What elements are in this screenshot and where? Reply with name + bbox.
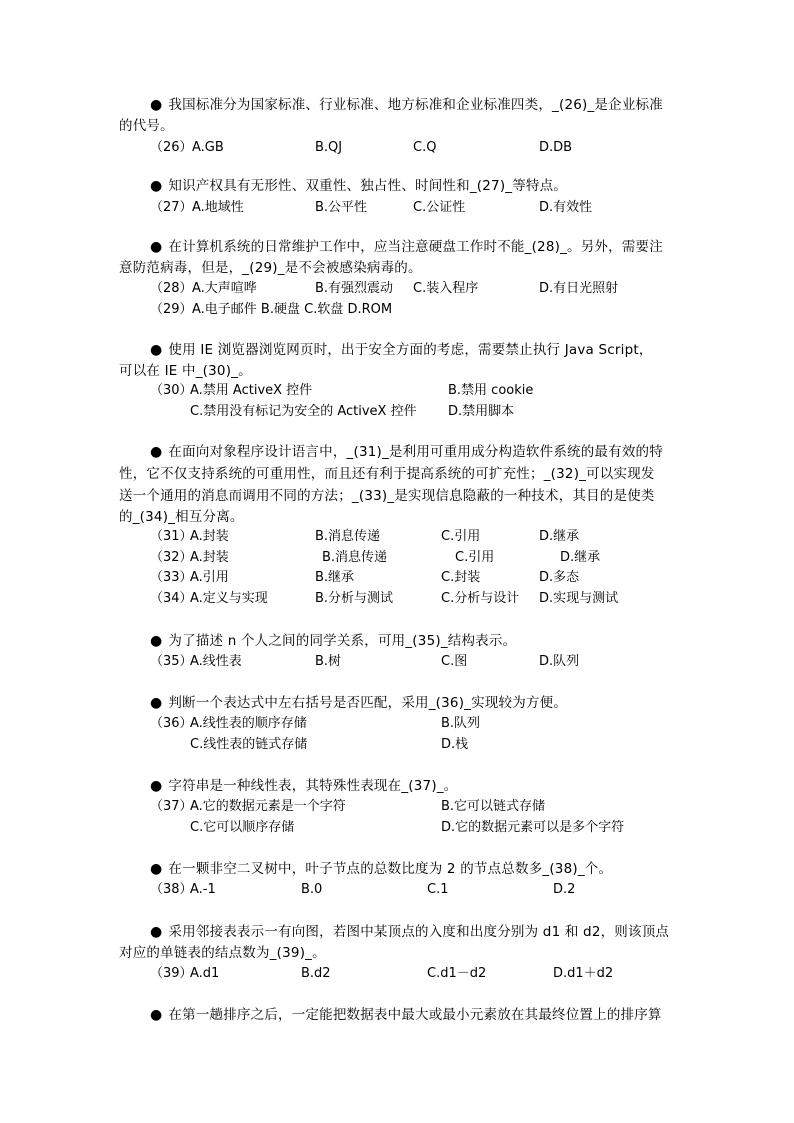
option-a: A.定义与实现 [190,590,268,608]
option-a: A.线性表 [190,653,242,671]
option-d: D.d1＋d2 [553,965,613,983]
option-c: C.分析与设计 [441,590,519,608]
question-stem: ●知识产权具有无形性、双重性、独占性、时间性和_(27)_等特点。 [150,177,567,195]
option-label: （32） [150,549,193,567]
bullet-icon: ● [150,239,162,255]
option-label: （38） [150,881,193,899]
bullet-icon: ● [150,924,162,940]
bullet-icon: ● [150,861,162,877]
option-c: C.装入程序 [413,280,478,298]
option-b: B.QJ [315,139,342,157]
option-c: C.封装 [441,569,480,587]
question-stem: ●判断一个表达式中左右括号是否匹配，采用_(36)_实现较为方便。 [150,694,567,712]
option-c: C.d1－d2 [427,965,486,983]
question-stem: ●使用 IE 浏览器浏览网页时，出于安全方面的考虑，需要禁止执行 Java Sc… [150,341,653,359]
stem-line: 的代号。 [119,117,174,135]
option-c: C.禁用没有标记为安全的 ActiveX 控件 [190,403,417,421]
stem-line: 为了描述 n 个人之间的同学关系，可用_(35)_结构表示。 [168,633,516,649]
option-d: D.它的数据元素可以是多个字符 [441,819,624,837]
option-c: C.1 [427,881,448,899]
question-stem: ●为了描述 n 个人之间的同学关系，可用_(35)_结构表示。 [150,632,516,650]
bullet-icon: ● [150,633,162,649]
option-a: A.封装 [190,549,229,567]
option-b: B.有强烈震动 [315,280,393,298]
question-stem: ●在计算机系统的日常维护工作中，应当注意硬盘工作时不能_(28)_。另外，需要注 [150,238,663,256]
option-c: C.公证性 [413,199,465,217]
question-stem: ●在面向对象程序设计语言中，_(31)_是利用可重用成分构造软件系统的最有效的特 [150,443,663,461]
option-a: A.GB [192,139,224,157]
option-d: D.实现与测试 [539,590,618,608]
question-stem: ●在第一趟排序之后，一定能把数据表中最大或最小元素放在其最终位置上的排序算 [150,1006,662,1024]
option-a: A.大声喧哗 [192,280,257,298]
stem-line: 在计算机系统的日常维护工作中，应当注意硬盘工作时不能_(28)_。另外，需要注 [168,239,663,255]
option-d: D.2 [553,881,575,899]
option-label: （27） [150,199,193,217]
option-b: B.0 [301,881,322,899]
option-a: A.引用 [190,569,229,587]
option-b: B.公平性 [315,199,367,217]
option-d: D.继承 [539,528,579,546]
option-c: C.引用 [455,549,494,567]
stem-line: 送一个通用的消息而调用不同的方法；_(33)_是实现信息隐蔽的一种技术，其目的是… [119,487,655,505]
option-label: （30） [150,382,193,400]
document-page: ●我国标准分为国家标准、行业标准、地方标准和企业标准四类，_(26)_是企业标准… [0,0,794,1123]
option-label: （39） [150,965,193,983]
option-c: C.线性表的链式存储 [190,736,307,754]
option-a: A.d1 [190,965,219,983]
bullet-icon: ● [150,1007,162,1023]
option-c: C.它可以顺序存储 [190,819,294,837]
option-d: D.DB [539,139,572,157]
bullet-icon: ● [150,97,162,113]
option-b: B.它可以链式存储 [441,798,545,816]
option-b: B.禁用 cookie [448,382,533,400]
question-stem: ●我国标准分为国家标准、行业标准、地方标准和企业标准四类，_(26)_是企业标准 [150,96,663,114]
option-a: A.线性表的顺序存储 [190,715,307,733]
stem-line: 性，它不仅支持系统的可重用性，而且还有利于提高系统的可扩充性；_(32)_可以实… [119,465,655,483]
option-label: （33） [150,569,193,587]
option-b: B.树 [315,653,341,671]
option-label: （31） [150,528,193,546]
option-a: A.禁用 ActiveX 控件 [190,382,312,400]
option-d: D.有日光照射 [539,280,618,298]
option-c: C.Q [413,139,436,157]
option-c: C.引用 [441,528,480,546]
stem-line: 在第一趟排序之后，一定能把数据表中最大或最小元素放在其最终位置上的排序算 [168,1007,661,1023]
stem-line: 对应的单链表的结点数为_(39)_。 [119,944,326,962]
question-stem: ●采用邻接表表示一有向图，若图中某顶点的入度和出度分别为 d1 和 d2，则该顶… [150,923,669,941]
option-d: D.有效性 [539,199,592,217]
option-label: （35） [150,653,193,671]
stem-line: 知识产权具有无形性、双重性、独占性、时间性和_(27)_等特点。 [168,178,567,194]
stem-line: 采用邻接表表示一有向图，若图中某顶点的入度和出度分别为 d1 和 d2，则该顶点 [168,924,669,940]
stem-line: 在一颗非空二叉树中，叶子节点的总数比度为 2 的节点总数多_(38)_个。 [168,861,612,877]
option-label: （37） [150,798,193,816]
stem-line: 可以在 IE 中_(30)_。 [119,362,252,380]
bullet-icon: ● [150,444,162,460]
question-stem: ●在一颗非空二叉树中，叶子节点的总数比度为 2 的节点总数多_(38)_个。 [150,860,612,878]
option-label: （36） [150,715,193,733]
option-d: D.多态 [539,569,579,587]
stem-line: 字符串是一种线性表，其特殊性表现在_(37)_。 [168,778,457,794]
option-label: （34） [150,590,193,608]
option-label: （28） [150,280,193,298]
bullet-icon: ● [150,778,162,794]
option-inline: A.电子邮件 B.硬盘 C.软盘 D.ROM [192,301,392,319]
option-d: D.栈 [441,736,468,754]
option-label: （26） [150,139,193,157]
bullet-icon: ● [150,342,162,358]
option-a: A.它的数据元素是一个字符 [190,798,346,816]
option-b: B.消息传递 [322,549,387,567]
stem-line: 的_(34)_相互分离。 [119,508,244,526]
option-b: B.d2 [301,965,331,983]
option-a: A.地域性 [192,199,244,217]
option-label: （29） [150,301,193,319]
option-c: C.图 [441,653,467,671]
option-d: D.队列 [539,653,579,671]
option-b: B.队列 [441,715,480,733]
option-b: B.分析与测试 [315,590,393,608]
bullet-icon: ● [150,178,162,194]
stem-line: 使用 IE 浏览器浏览网页时，出于安全方面的考虑，需要禁止执行 Java Scr… [168,342,652,358]
option-d: D.禁用脚本 [448,403,514,421]
option-d: D.继承 [560,549,600,567]
stem-line: 判断一个表达式中左右括号是否匹配，采用_(36)_实现较为方便。 [168,695,567,711]
option-a: A.封装 [190,528,229,546]
stem-line: 我国标准分为国家标准、行业标准、地方标准和企业标准四类，_(26)_是企业标准 [168,97,663,113]
option-b: B.消息传递 [315,528,380,546]
stem-line: 意防范病毒，但是，_(29)_是不会被感染病毒的。 [119,259,422,277]
option-b: B.继承 [315,569,354,587]
question-stem: ●字符串是一种线性表，其特殊性表现在_(37)_。 [150,777,457,795]
stem-line: 在面向对象程序设计语言中，_(31)_是利用可重用成分构造软件系统的最有效的特 [168,444,663,460]
bullet-icon: ● [150,695,162,711]
option-a: A.-1 [190,881,216,899]
